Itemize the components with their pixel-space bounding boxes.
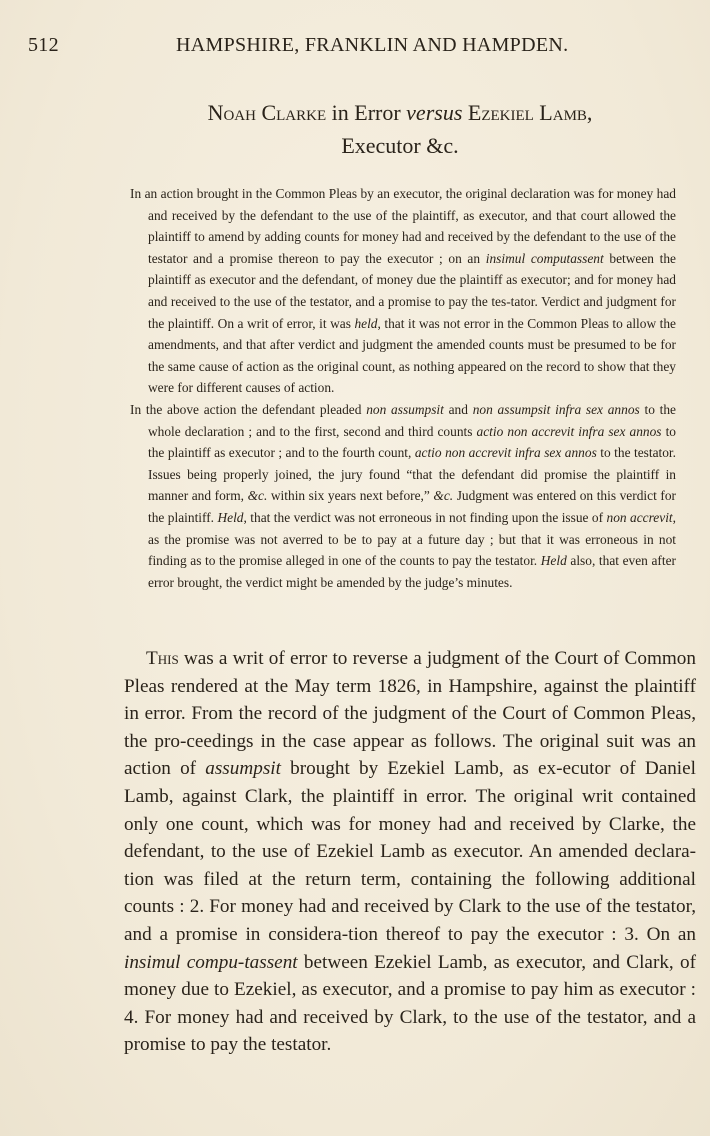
italic-term: &c. [433,488,453,503]
headnote-paragraph-1: In an action brought in the Common Pleas… [130,183,676,399]
case-title: Noah Clarke in Error versus Ezekiel Lamb… [120,96,680,162]
headnote: In an action brought in the Common Pleas… [130,183,676,593]
in-error-text: in Error [326,100,406,125]
body-paragraph: This was a writ of error to reverse a ju… [124,645,696,1059]
italic-term: &c. [248,488,268,503]
versus-text: versus [406,100,462,125]
lead-small-caps: This [146,648,179,669]
running-head-title: HAMPSHIRE, FRANKLIN AND HAMPDEN. [176,34,568,57]
italic-term: actio non accrevit infra sex annos [415,445,597,460]
italic-term: insimul compu-tassent [124,952,298,973]
body-segments: was a writ of error to reverse a judgmen… [124,648,696,1055]
text-run: In the above action the defendant pleade… [130,402,366,417]
plaintiff-name: Noah Clarke [208,100,327,125]
italic-term: held [354,316,377,331]
opinion-body: This was a writ of error to reverse a ju… [124,645,696,1059]
italic-term: actio non accrevit infra sex annos [477,424,662,439]
headnote-paragraph-2: In the above action the defendant pleade… [130,399,676,593]
italic-term: non assumpsit infra sex annos [473,402,640,417]
italic-term: non assumpsit [366,402,444,417]
defendant-name: Ezekiel Lamb, [462,100,592,125]
italic-term: Held [541,553,567,568]
case-title-line2: Executor &c. [341,133,458,158]
text-run: brought by Ezekiel Lamb, as ex-ecutor of… [124,758,696,945]
page-number: 512 [28,34,59,57]
italic-term: non accrevit [607,510,673,525]
text-run: , that the verdict was not erroneous in … [244,510,607,525]
text-run: within six years next before,” [267,488,433,503]
italic-term: insimul computassent [486,251,604,266]
book-page: 512 HAMPSHIRE, FRANKLIN AND HAMPDEN. Noa… [0,0,710,1136]
italic-term: assumpsit [205,758,281,779]
italic-term: Held [217,510,243,525]
running-head: 512 HAMPSHIRE, FRANKLIN AND HAMPDEN. [28,34,680,64]
text-run: and [444,402,473,417]
